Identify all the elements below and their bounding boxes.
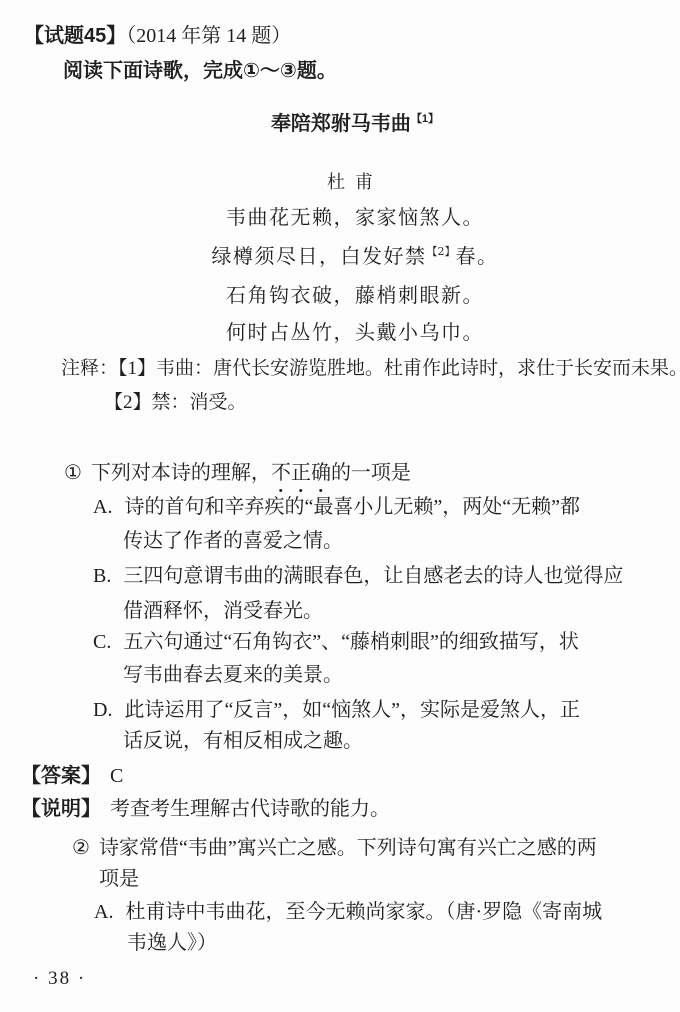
q1-option-d-text: 此诗运用了“反言”，如“恼煞人”，实际是爱煞人，正 [124,699,580,721]
poem-author: 杜甫 [15,170,680,196]
q1-option-c-line-1: C.五六句通过“石角钩衣”、“藤梢刺眼”的细致描写，状 [93,629,579,655]
answer-label: 【答案】 [21,765,101,787]
note-1: 注释：【1】韦曲：唐代长安游览胜地。杜甫作此诗时，求仕于长安而未果。 [61,356,680,382]
poem-line-2: 绿樽须尽日，白发好禁【2】春。 [15,243,680,273]
q1-option-b-text: 三四句意谓韦曲的满眼春色，让自感老去的诗人也觉得应 [123,565,623,587]
question-header: 【试题45】（2014 年第 14 题） [24,23,291,49]
q1-option-d-line-1: D.此诗运用了“反言”，如“恼煞人”，实际是爱煞人，正 [93,697,580,723]
instruction-line: 阅读下面诗歌，完成①～③题。 [63,58,337,84]
explanation-text: 考查考生理解古代诗歌的能力。 [110,798,390,820]
q1-option-a-text: 诗的首句和辛弃疾的“最喜小儿无赖”，两处“无赖”都 [124,496,580,518]
poem-line-2-end: 春。 [456,244,499,268]
exam-page: 【试题45】（2014 年第 14 题） 阅读下面诗歌，完成①～③题。 奉陪郑驸… [0,0,680,1012]
answer-value: C [110,765,123,787]
question-2-stem-line-1: ②诗家常借“韦曲”寓兴亡之感。下列诗句寓有兴亡之感的两 [72,835,597,861]
q2-option-a-text: 杜甫诗中韦曲花，至今无赖尚家家。（唐·罗隐《寄南城 [125,901,602,923]
answer-line: 【答案】C [21,763,123,789]
note-2: 【2】禁：消受。 [104,390,247,416]
poem-line-3: 石角钩衣破，藤梢刺眼新。 [15,282,680,308]
page-number: · 38 · [33,966,86,992]
question-1-stem: ①下列对本诗的理解，不正确的一项是 [64,460,411,486]
q1-option-b-line-1: B.三四句意谓韦曲的满眼春色，让自感老去的诗人也觉得应 [93,563,623,589]
q2-stem-text: 诗家常借“韦曲”寓兴亡之感。下列诗句寓有兴亡之感的两 [99,837,597,859]
question-source: （2014 年第 14 题） [126,25,291,47]
poem-footnote-marker-2: 【2】 [427,245,456,258]
explanation-label: 【说明】 [21,798,101,820]
q1-option-a-label: A. [93,496,112,518]
explanation-line: 【说明】考查考生理解古代诗歌的能力。 [21,796,390,822]
q1-option-d-line-2: 话反说，有相反相成之趣。 [123,728,363,754]
question-1-number: ① [64,462,82,484]
poem-line-2-text: 绿樽须尽日，白发好禁 [212,244,427,268]
q1-option-b-label: B. [93,565,111,587]
q1-stem-prefix: 下列对本诗的理解， [91,462,271,484]
poem-line-4: 何时占丛竹，头戴小乌巾。 [15,319,680,345]
q1-option-b-line-2: 借酒释怀，消受春光。 [123,598,323,624]
q1-option-d-label: D. [93,699,112,721]
poem-title: 奉陪郑驸马韦曲 [271,113,411,135]
q1-stem-emphasis: 不正确 [271,462,331,484]
poem-line-1: 韦曲花无赖，家家恼煞人。 [15,204,680,230]
q1-option-c-line-2: 写韦曲春去夏来的美景。 [123,662,343,688]
question-2-stem-line-2: 项是 [99,866,139,892]
q1-option-a-line-1: A.诗的首句和辛弃疾的“最喜小儿无赖”，两处“无赖”都 [93,494,580,520]
q2-option-a-line-1: A.杜甫诗中韦曲花，至今无赖尚家家。（唐·罗隐《寄南城 [94,899,602,925]
q2-option-a-label: A. [94,901,113,923]
q2-option-a-line-2: 韦逸人》） [127,930,217,956]
q1-option-a-line-2: 传达了作者的喜爱之情。 [123,528,343,554]
q1-option-c-label: C. [93,631,111,653]
q1-option-c-text: 五六句通过“石角钩衣”、“藤梢刺眼”的细致描写，状 [123,631,579,653]
q1-stem-suffix: 的一项是 [331,462,411,484]
question-number-tag: 【试题45】 [24,25,126,47]
question-2-number: ② [72,837,90,859]
poem-title-footnote-marker: 【1】 [411,113,439,125]
poem-title-line: 奉陪郑驸马韦曲【1】 [15,111,680,140]
